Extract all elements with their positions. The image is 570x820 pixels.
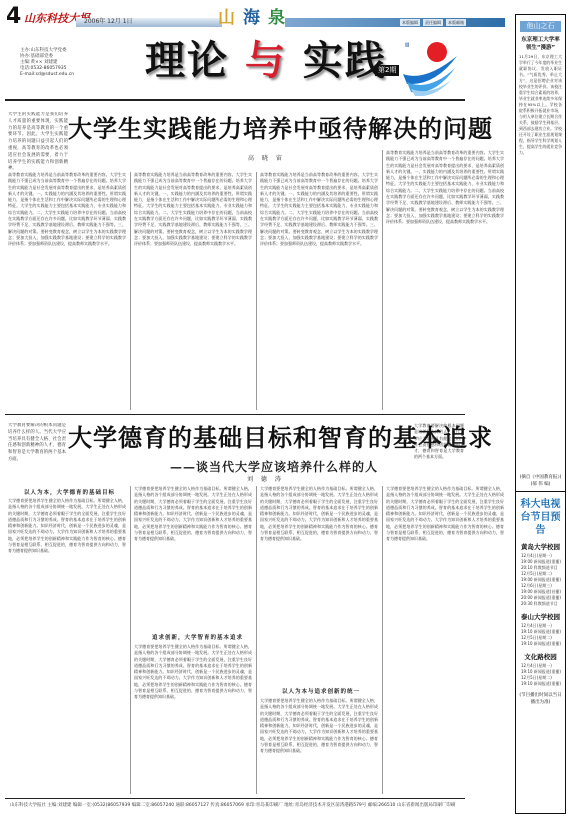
schedule-note: (节目播出时间以当日播出为准) [519,693,562,706]
article2-intro: 大学教育要解决的根本问题是培养什么样的人。当代大学应当培养具有健全人格、社会责任… [8,423,66,481]
campus-name: 泰山大学校园 [519,611,562,623]
schedule-line: 20:30 科教频道节目 [519,601,562,607]
campus-name: 文化路校园 [519,651,562,663]
article2-col2b: 大学德育要把培养学生健全的人格作为基础目标。所谓健全人格，是指人格的各个组成部分… [134,644,252,794]
ribbon-tag: 责任编辑 [423,19,443,26]
column-title: 山海泉 [218,8,293,28]
article2-col2a: 大学德育要把培养学生健全的人格作为基础目标。所谓健全人格，是指人格的各个组成部分… [134,486,252,626]
article2-col1: 大学德育要把培养学生健全的人格作为基础目标。所谓健全人格，是指人格的各个组成部分… [8,498,126,794]
column-divider [130,486,131,794]
divider [5,414,465,415]
publication-info: 主办:山东科技大学党委 协办:基础部党委 主编:黄×× 刘建建 电话:0532-… [20,48,74,78]
article1-col4: 高等教育实践能力培养是当前高等教育改革的重要内容。大学生实践能力不强已成为当前高… [386,150,504,410]
svg-text:Ⅲ: Ⅲ [405,42,409,49]
article1-col3: 高等教育实践能力培养是当前高等教育改革的重要内容。大学生实践能力不强已成为当前高… [260,172,378,410]
sidebar-news-body: 11月29日，东京理工大学举行了今年度的毕业生就职协议，发放入职证书。“气质优秀… [519,54,562,474]
article2-col3a: 大学德育要把培养学生健全的人格作为基础目标。所谓健全人格，是指人格的各个组成部分… [260,486,378,680]
article2-col4: 大学德育要把培养学生健全的人格作为基础目标。所谓健全人格，是指人格的各个组成部分… [386,486,504,794]
section-logo-icon: Ⅲ [395,36,465,96]
right-ribbon [285,18,505,27]
sidebar-editor: (郝 伟 编) [519,481,562,488]
issue-date: 2006年 12月 1日 [84,17,133,27]
sidebar-badge: 他山之石 [520,21,561,32]
sidebar-news-title: 东京理工大学率领生“漫游” [519,36,562,52]
divider [5,798,465,799]
ribbon-tags: 本版编辑 责任编辑 本版邮箱 [400,18,466,27]
page-number: 4 [6,6,21,28]
column-divider [130,172,131,410]
column-divider [382,150,383,410]
ribbon-tag: 本版邮箱 [446,19,466,26]
article2-byline: 刘 德 涛 [247,474,284,483]
article2-notes: 大学教育要解决的根本问题是培养什么样的人。当代大学应当培养具有健全人格、社会责任… [414,423,464,483]
article1-intro: 大学生的实践能力是我们培养人才质量的重要体现，实践能力的培养是高等教育的一个重要… [8,112,68,172]
article2-crosshead-3: 以人为本与追求创新的统一 [282,687,360,695]
sidebar-source: (摘自《中国教育报》) [519,474,562,481]
sidebar: 他山之石 东京理工大学率领生“漫游” 11月29日，东京理工大学举行了今年度的毕… [515,14,566,814]
article2-crosshead-2: 追求创新，大学智育的基本追求 [152,633,243,641]
section-title: 理论 与 实践 [145,36,387,86]
column-divider [256,172,257,410]
campus-name: 黄岛大学校园 [519,541,562,553]
schedule-line: 19:10 新闻报道(重播) [519,641,562,647]
column-divider [256,486,257,794]
schedule-line: 19:10 新闻报道(重播) [519,681,562,687]
article2-subheadline: ——谈当代大学应该培养什么样的人 [170,458,378,475]
footer-imprint: 山东科技大学报社 主编:刘建建 编辑一室:(0532)86057939 编辑二室… [10,802,455,810]
tv-schedule-title: 科大电视台节目预告 [519,498,562,537]
article2-col3b: 大学德育要把培养学生健全的人格作为基础目标。所谓健全人格，是指人格的各个组成部分… [260,698,378,794]
article1-byline: 高 晓 宙 [248,153,285,162]
masthead: 4 山东科技大报 2006年 12月 1日 山海泉 本版编辑 责任编辑 本版邮箱 [0,0,570,30]
article2-crosshead-1: 以人为本，大学德育的基础目标 [24,488,115,496]
divider [516,491,565,492]
divider [5,99,465,101]
article1-headline: 大学生实践能力培养中亟待解决的问题 [68,114,493,144]
ribbon-tag: 本版编辑 [400,19,420,26]
column-divider [382,486,383,794]
article1-col1: 高等教育实践能力培养是当前高等教育改革的重要内容。大学生实践能力不强已成为当前高… [8,172,126,410]
article1-col2: 高等教育实践能力培养是当前高等教育改革的重要内容。大学生实践能力不强已成为当前高… [134,172,252,410]
